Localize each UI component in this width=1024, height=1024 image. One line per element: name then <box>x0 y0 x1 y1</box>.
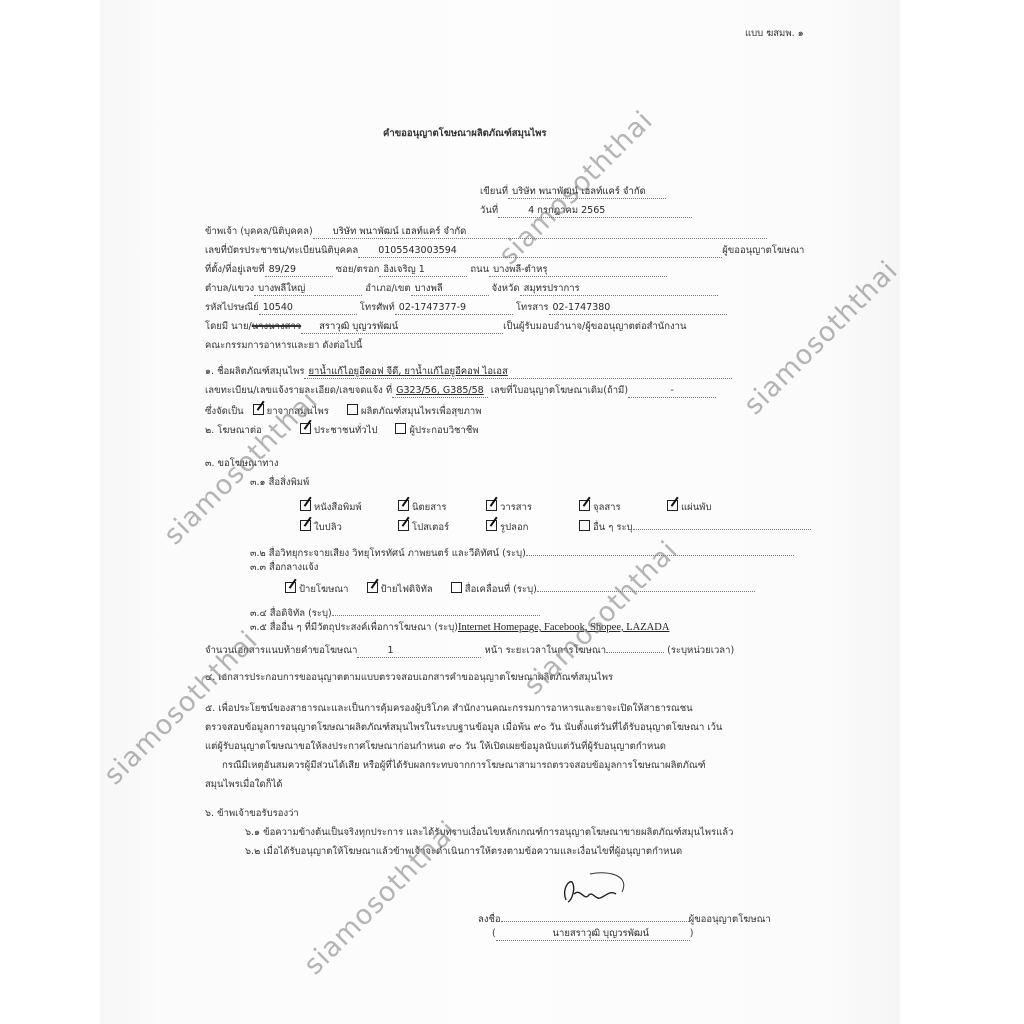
product-name-row: ๑. ชื่อผลิตภัณฑ์สมุนไพรยาน้ำแก้ไอยูอีคอฟ… <box>205 366 732 379</box>
checkbox-label: ผู้ประกอบวิชาชีพ <box>409 425 478 436</box>
category-row: ซึ่งจัดเป็น ยาจากสมุนไพรผลิตภัณฑ์สมุนไพร… <box>205 404 499 418</box>
outdoor-billboard[interactable]: ป้ายโฆษณา <box>285 582 349 596</box>
audience-professional[interactable]: ผู้ประกอบวิชาชีพ <box>395 423 478 437</box>
print-poster[interactable]: โปสเตอร์ <box>398 520 468 534</box>
subdistrict-value: บางพลีใหญ่ <box>254 283 362 296</box>
checkbox-icon <box>398 500 409 511</box>
checkbox-icon <box>300 500 311 511</box>
province-label: จังหวัด <box>492 283 520 294</box>
phone-label: โทรศัพท์ <box>360 302 395 313</box>
print-magazine[interactable]: นิตยสาร <box>398 500 468 514</box>
address-row: ที่ตั้ง/ที่อยู่เลขที่89/29 ซอย/ตรอกอิงเจ… <box>205 264 667 277</box>
date-label: วันที่ <box>480 205 498 216</box>
authorized-suffix: เป็นผู้รับมอบอำนาจ/ผู้ขออนุญาตต่อสำนักงา… <box>503 321 686 332</box>
form-code: แบบ ฆสมพ. ๑ <box>745 28 804 40</box>
checkbox-label: ประชาชนทั่วไป <box>314 425 377 436</box>
checkbox-label: วารสาร <box>500 502 532 513</box>
checkbox-label: โปสเตอร์ <box>412 522 449 533</box>
fax-value: 02-1747380 <box>549 302 727 315</box>
print-sticker[interactable]: รูปลอก <box>486 520 561 534</box>
attachment-row: จำนวนเอกสารแนบท้ายคำขอโฆษณา1 หน้า ระยะเว… <box>205 641 734 658</box>
checkbox-icon <box>285 582 296 593</box>
province-value: สมุทรปราการ <box>520 283 718 296</box>
print-newspaper[interactable]: หนังสือพิมพ์ <box>300 500 380 514</box>
document-title: คำขออนุญาตโฆษณาผลิตภัณฑ์สมุนไพร <box>383 128 546 140</box>
section5-line1: ๕. เพื่อประโยชน์ของสาธารณะและเป็นการคุ้ม… <box>205 703 693 715</box>
checkbox-icon <box>579 520 590 531</box>
printed-name-row: (นายสราวุฒิ บุญวรพัฒน์) <box>492 928 693 941</box>
postcode-value: 10540 <box>259 302 357 315</box>
other-media-label: ๓.๕ สื่ออื่น ๆ ที่มีวัตถุประสงค์เพื่อการ… <box>250 622 458 633</box>
print-brochure[interactable]: แผ่นพับ <box>667 500 711 514</box>
checkbox-label: ป้ายโฆษณา <box>299 584 349 595</box>
checkbox-icon <box>300 520 311 531</box>
signature-row: ลงชื่อผู้ขออนุญาตโฆษณา <box>478 910 771 926</box>
committee-line: คณะกรรมการอาหารและยา ดังต่อไปนี้ <box>205 340 362 352</box>
road-label: ถนน <box>470 264 489 275</box>
checkbox-icon <box>667 500 678 511</box>
applicant-name-label: ข้าพเจ้า (บุคคล/นิติบุคคล) <box>205 226 313 237</box>
other-media-value: Internet Homepage, Facebook, Shopee, LAZ… <box>458 622 669 633</box>
sign-label: ลงชื่อ <box>478 914 501 925</box>
checkbox-label: ป้ายไฟดิจิทัล <box>381 584 433 595</box>
authorized-label: โดยมี นาย/ <box>205 321 252 332</box>
postcode-label: รหัสไปรษณีย์ <box>205 302 259 313</box>
checkbox-icon <box>367 582 378 593</box>
registration-value: G323/56, G385/58 <box>392 385 488 398</box>
print-media-row1: หนังสือพิมพ์นิตยสารวารสารจุลสารแผ่นพับ <box>300 500 729 514</box>
contact-row: รหัสไปรษณีย์10540 โทรศัพท์02-1747377-9 โ… <box>205 302 727 315</box>
checkbox-icon <box>486 500 497 511</box>
address-value: 89/29 <box>265 264 333 277</box>
section5-line5: สมุนไพรเมื่อใดก็ได้ <box>205 779 282 791</box>
print-booklet[interactable]: จุลสาร <box>579 500 649 514</box>
print-journal[interactable]: วารสาร <box>486 500 561 514</box>
duration-suffix: (ระบุหน่วยเวลา) <box>667 645 734 656</box>
applicant-name-row: ข้าพเจ้า (บุคคล/นิติบุคคล)บริษัท พนาพัฒน… <box>205 226 767 239</box>
checkbox-label: ใบปลิว <box>314 522 342 533</box>
checkbox-label: แผ่นพับ <box>681 502 711 513</box>
section5-line4: กรณีมีเหตุอันสมควรผู้มีส่วนได้เสีย หรือผ… <box>222 760 706 772</box>
address-label: ที่ตั้ง/ที่อยู่เลขที่ <box>205 264 265 275</box>
checkbox-icon <box>347 404 358 415</box>
checkbox-icon <box>486 520 497 531</box>
category-herbal-health-product[interactable]: ผลิตภัณฑ์สมุนไพรเพื่อสุขภาพ <box>347 404 482 418</box>
checkbox-icon <box>253 404 264 415</box>
outdoor-label: ๓.๓ สื่อกลางแจ้ง <box>250 562 318 574</box>
print-flyer[interactable]: ใบปลิว <box>300 520 380 534</box>
checkbox-icon <box>579 500 590 511</box>
checkbox-label: สื่อเคลื่อนที่ (ระบุ) <box>465 584 537 595</box>
section5-line2: ตรวจสอบข้อมูลการอนุญาตโฆษณาผลิตภัณฑ์สมุน… <box>205 722 722 734</box>
authorized-struck-title: นางนางสาว <box>252 321 301 332</box>
checkbox-label: อื่น ๆ ระบุ <box>593 522 633 533</box>
signature-scribble <box>560 870 650 910</box>
checkbox-icon <box>398 520 409 531</box>
checkbox-icon <box>451 582 462 593</box>
checkbox-icon <box>395 423 406 434</box>
broadcast-row: ๓.๒ สื่อวิทยุกระจายเสียง วิทยุโทรทัศน์ ภ… <box>250 544 794 560</box>
outdoor-digital-sign[interactable]: ป้ายไฟดิจิทัล <box>367 582 433 596</box>
soi-label: ซอย/ตรอก <box>336 264 380 275</box>
registration-row: เลขทะเบียน/เลขแจ้งรายละเอียด/เลขจดแจ้ง ท… <box>205 385 716 398</box>
audience-row: ๒. โฆษณาต่อ ประชาชนทั่วไปผู้ประกอบวิชาชี… <box>205 423 497 437</box>
print-media-label: ๓.๑ สื่อสิ่งพิมพ์ <box>250 477 309 489</box>
applicant-id-value: 0105543003594 <box>358 245 722 258</box>
section5-line3: แต่ผู้รับอนุญาตโฆษณาขอให้ลงประกาศโฆษณาก่… <box>205 741 666 753</box>
applicant-id-suffix: ผู้ขออนุญาตโฆษณา <box>722 245 804 256</box>
applicant-id-label: เลขที่บัตรประชาชน/ทะเบียนนิติบุคคล <box>205 245 358 256</box>
checkbox-label: รูปลอก <box>500 522 528 533</box>
broadcast-label: ๓.๒ สื่อวิทยุกระจายเสียง วิทยุโทรทัศน์ ภ… <box>250 548 526 559</box>
digital-label: ๓.๔ สื่อดิจิทัล (ระบุ) <box>250 608 332 619</box>
printed-name: นายสราวุฒิ บุญวรพัฒน์ <box>496 928 690 941</box>
district-label: อำเภอ/เขต <box>365 283 410 294</box>
section6-label: ๖. ข้าพเจ้าขอรับรองว่า <box>205 808 299 820</box>
product-name-value: ยาน้ำแก้ไอยูอีคอฟ จีดี, ยาน้ำแก้ไอยูอีคอ… <box>304 366 732 379</box>
signer-role: ผู้ขออนุญาตโฆษณา <box>689 914 771 925</box>
section6-item1: ๖.๑ ข้อความข้างต้นเป็นจริงทุกประการ และไ… <box>245 827 733 839</box>
print-media-row2: ใบปลิวโปสเตอร์รูปลอกอื่น ๆ ระบุ <box>300 518 829 534</box>
written-at-label: เขียนที่ <box>480 186 508 197</box>
date-row: วันที่4 กรกฎาคม 2565 <box>480 205 692 218</box>
old-license-value: - <box>628 385 716 398</box>
checkbox-label: ผลิตภัณฑ์สมุนไพรเพื่อสุขภาพ <box>361 406 482 417</box>
soi-value: อิงเจริญ 1 <box>379 264 467 277</box>
attachment-pages: 1 <box>357 645 481 658</box>
phone-value: 02-1747377-9 <box>395 302 513 315</box>
authorized-row: โดยมี นาย/นางนางสาวสราวุฒิ บุญวรพัฒน์เป็… <box>205 321 687 334</box>
fax-label: โทรสาร <box>516 302 549 313</box>
checkbox-label: หนังสือพิมพ์ <box>314 502 362 513</box>
outdoor-row: ป้ายโฆษณาป้ายไฟดิจิทัลสื่อเคลื่อนที่ (ระ… <box>285 580 773 596</box>
digital-row: ๓.๔ สื่อดิจิทัล (ระบุ) <box>250 604 540 620</box>
checkbox-label: จุลสาร <box>593 502 621 513</box>
print-other[interactable]: อื่น ๆ ระบุ <box>579 518 811 534</box>
location-row: ตำบล/แขวงบางพลีใหญ่ อำเภอ/เขตบางพลี จังห… <box>205 283 718 296</box>
subdistrict-label: ตำบล/แขวง <box>205 283 254 294</box>
audience-public[interactable]: ประชาชนทั่วไป <box>300 423 377 437</box>
product-name-label: ๑. ชื่อผลิตภัณฑ์สมุนไพร <box>205 366 304 377</box>
category-label: ซึ่งจัดเป็น <box>205 406 244 417</box>
district-value: บางพลี <box>411 283 489 296</box>
section6-item2: ๖.๒ เมื่อได้รับอนุญาตให้โฆษณาแล้วข้าพเจ้… <box>245 846 682 858</box>
old-license-label: เลขที่ใบอนุญาตโฆษณาเดิม(ถ้ามี) <box>491 385 628 396</box>
authorized-name: สราวุฒิ บุญวรพัฒน์ <box>301 321 503 334</box>
checkbox-label: นิตยสาร <box>412 502 446 513</box>
